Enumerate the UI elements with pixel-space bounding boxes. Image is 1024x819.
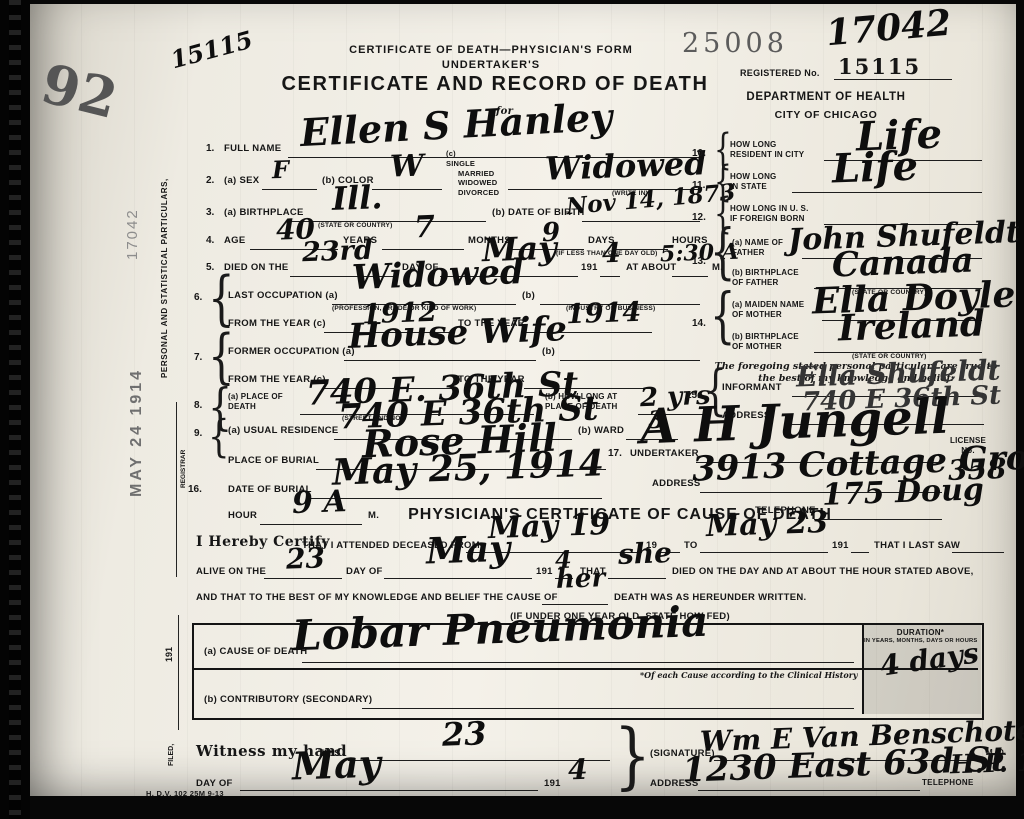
section-vertical-label: PERSONAL AND STATISTICAL PARTICULARS,: [160, 128, 169, 378]
brace-icon: {: [208, 415, 230, 459]
marital-option-divorced: DIVORCED: [446, 188, 499, 198]
in-state-value: Life: [831, 147, 918, 190]
color-value: W: [389, 151, 424, 182]
field-7-number: 7.: [194, 352, 202, 363]
marital-value: Widowed: [544, 147, 707, 185]
field-11-number: 11.: [692, 180, 705, 191]
field-3-number: 3.: [206, 207, 214, 218]
fill-line: [302, 660, 854, 663]
marital-option-widowed: WIDOWED: [446, 178, 499, 188]
filed-rule: [178, 615, 181, 730]
pronoun-value: she: [618, 539, 673, 569]
belief-text: AND THAT TO THE BEST OF MY KNOWLEDGE AND…: [196, 592, 558, 603]
main-title: CERTIFICATE AND RECORD OF DEATH: [250, 73, 740, 96]
form-type-title: CERTIFICATE OF DEATH—PHYSICIAN'S FORM: [332, 44, 650, 56]
duration-label: DURATION*: [864, 628, 977, 637]
year-191a-label: 191: [832, 540, 849, 551]
field-14-number: 14.: [692, 318, 706, 329]
mother-maiden-label: (a) MAIDEN NAME OF MOTHER: [732, 300, 804, 321]
undertakers-label: UNDERTAKER'S: [332, 59, 650, 71]
clinical-history-note: *Of each Cause according to the Clinical…: [640, 670, 858, 680]
field-10-number: 10.: [692, 148, 706, 159]
field-1-number: 1.: [206, 143, 214, 154]
foreign-born-label: HOW LONG IN U. S. IF FOREIGN BORN: [730, 204, 809, 225]
field-2-number: 2.: [206, 175, 214, 186]
full-name-label: FULL NAME: [224, 143, 281, 154]
fill-line: [382, 247, 464, 250]
scanned-death-certificate: CERTIFICATE OF DEATH—PHYSICIAN'S FORM UN…: [0, 0, 1024, 819]
registrar-label: REGISTRAR: [180, 418, 187, 488]
alive-on-label: ALIVE ON THE: [196, 566, 266, 577]
field-13-number: 13.: [692, 256, 706, 267]
field-9-number: 9.: [194, 428, 202, 439]
witness-month-value: May: [291, 744, 381, 785]
hour-label: HOUR: [228, 510, 257, 521]
year-prefix: 191: [581, 262, 598, 273]
fill-line: [600, 274, 620, 277]
year-191c-label: 191: [544, 778, 561, 789]
form-code: H. D.V. 102 25M 9-13: [146, 789, 224, 798]
place-of-burial-label: PLACE OF BURIAL: [228, 455, 319, 466]
filed-label: FILED,: [168, 726, 175, 766]
faint-number: 17042: [124, 180, 141, 260]
registered-no-value: 15115: [838, 54, 921, 79]
fill-line: [310, 496, 602, 499]
occupation-b-label: (b): [522, 290, 535, 301]
alive-day-of-label: DAY OF: [346, 566, 383, 577]
last-occupation-value: Widowed: [351, 255, 524, 295]
to-year-value: 1914: [566, 299, 642, 329]
fill-line: [582, 219, 700, 222]
field-8-number: 8.: [194, 400, 202, 411]
physician-telephone-value: H.P. 1389: [950, 748, 1024, 779]
place-of-death-label: (a) PLACE OF DEATH: [228, 392, 283, 413]
field-16-number: 16.: [188, 484, 202, 495]
informant-label: INFORMANT: [722, 382, 782, 393]
sex-label: (a) SEX: [224, 175, 259, 186]
death-year-value: 4: [602, 240, 622, 268]
attended-to-value: May 23: [706, 508, 829, 542]
year-small-label: 191: [164, 632, 174, 662]
former-b-label: (b): [542, 346, 555, 357]
in-state-label: HOW LONG IN STATE: [730, 172, 776, 193]
fill-line: [240, 788, 538, 791]
birthplace-value: Ill.: [331, 181, 383, 215]
marital-option-single: SINGLE: [446, 159, 499, 169]
to-label: TO: [684, 540, 698, 551]
registered-no-label: REGISTERED No.: [740, 68, 820, 78]
fill-line: [560, 358, 700, 361]
contributory-label: (b) CONTRIBUTORY (SECONDARY): [204, 694, 372, 705]
year-191b-label: 191: [536, 566, 553, 577]
pronoun2-value: her: [556, 565, 606, 593]
resident-city-label: HOW LONG RESIDENT IN CITY: [730, 140, 804, 161]
age-label: AGE: [224, 235, 246, 246]
field-4-number: 4.: [206, 235, 214, 246]
filing-date-stamp: MAY 24 1914: [128, 352, 146, 497]
age-months-value: 7: [413, 213, 435, 244]
fill-line: [672, 274, 708, 277]
box-divider: [194, 668, 978, 670]
day-of-bottom-label: DAY OF: [196, 778, 233, 789]
film-edge: [0, 0, 30, 819]
from-year-label: FROM THE YEAR (c): [228, 318, 326, 329]
fill-line: [384, 576, 532, 579]
fill-line: [344, 358, 536, 361]
last-occupation-label: LAST OCCUPATION (a): [228, 290, 338, 301]
field-6-number: 6.: [194, 292, 202, 303]
witness-year-value: 4: [568, 756, 588, 785]
hour-value: 9 A: [291, 487, 347, 519]
state-country-sub: (STATE OR COUNTRY): [318, 222, 393, 229]
mother-birthplace-label: (b) BIRTHPLACE OF MOTHER: [732, 332, 799, 353]
former-occupation-label: FORMER OCCUPATION (a): [228, 346, 355, 357]
brace-icon: }: [614, 719, 651, 792]
former-occupation-value: House Wife: [347, 312, 567, 354]
marital-options: (c) SINGLE MARRIED WIDOWED DIVORCED: [446, 149, 499, 198]
registrar-rule: [176, 402, 179, 577]
department-label: DEPARTMENT OF HEALTH: [716, 91, 936, 103]
field-17-number: 17.: [608, 448, 622, 459]
fill-line: [262, 187, 317, 190]
fill-line: [608, 576, 666, 579]
ward-label: (b) WARD: [578, 425, 624, 436]
stamped-number: 25008: [682, 28, 788, 59]
alive-month-value: May: [425, 531, 510, 570]
mother-birthplace-value: Ireland: [837, 305, 985, 346]
died-on-day-text: DIED ON THE DAY AND AT ABOUT THE HOUR ST…: [672, 566, 974, 577]
fill-line: [952, 550, 1004, 553]
last-saw-label: THAT I LAST SAW: [874, 540, 960, 551]
sex-value: F: [272, 158, 290, 183]
pencil-number: 92: [37, 56, 123, 127]
fill-line: [700, 550, 828, 553]
fill-line: [851, 550, 869, 553]
alive-day-value: 23: [286, 544, 326, 573]
father-name-label: (a) NAME OF FATHER: [732, 238, 783, 259]
father-birthplace-label: (b) BIRTHPLACE OF FATHER: [732, 268, 799, 289]
usual-residence-label: (a) USUAL RESIDENCE: [228, 425, 339, 436]
fill-line: [372, 187, 442, 190]
handwritten-file-number: 17042: [825, 5, 953, 52]
fill-line: [264, 576, 342, 579]
marital-c-label: (c): [446, 149, 499, 159]
fill-line: [834, 77, 952, 80]
witness-day-value: 23: [441, 717, 487, 751]
date-of-burial-value: May 25, 1914: [331, 445, 604, 490]
field-12-number: 12.: [692, 212, 706, 223]
fill-line: [362, 706, 854, 709]
marital-option-married: MARRIED: [446, 169, 499, 179]
